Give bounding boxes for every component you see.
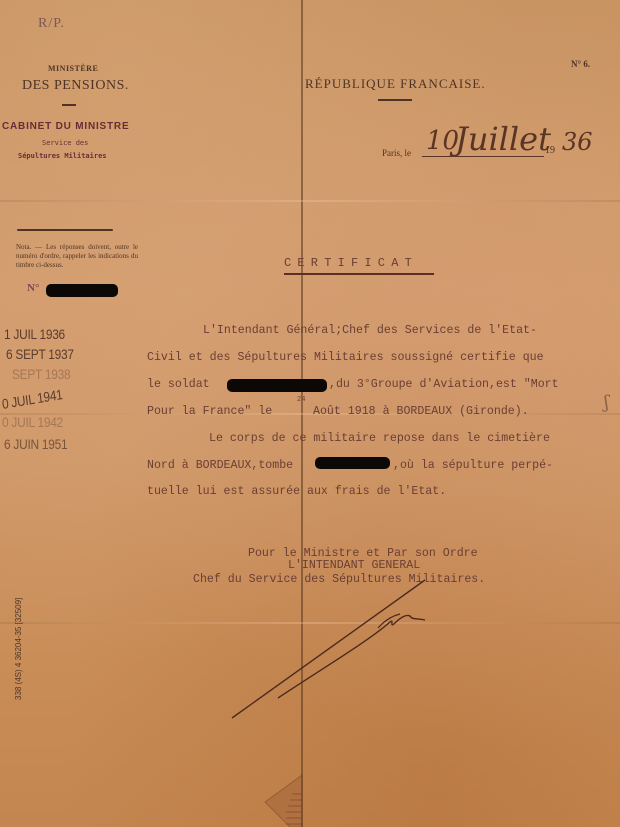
note-text: Nota. — Les réponses doivent, outre le n… xyxy=(16,243,138,270)
pencil-mark: ʃ xyxy=(604,392,609,413)
body-line: Le corps de ce militaire repose dans le … xyxy=(209,432,550,445)
ministry-name: DES PENSIONS. xyxy=(22,78,129,94)
handwritten-year: 36 xyxy=(562,128,593,156)
body-line: Civil et des Sépultures Militaires souss… xyxy=(147,351,544,364)
redacted-reference-number xyxy=(46,284,118,297)
divider-rule xyxy=(17,229,113,231)
office-stamp-line3: Sépultures Militaires xyxy=(18,152,107,160)
date-stamp: 0 JUIL 1941 xyxy=(1,386,63,412)
handwritten-signature xyxy=(220,570,480,730)
date-stamp: 6 JUIN 1951 xyxy=(4,436,67,452)
reference-mark: R/P. xyxy=(38,16,65,32)
body-line: L'Intendant Général;Chef des Services de… xyxy=(203,324,537,337)
document-number: N° 6. xyxy=(571,59,590,69)
year-prefix: 19 xyxy=(545,145,555,156)
body-line: Août 1918 à BORDEAUX (Gironde). xyxy=(313,405,529,418)
torn-corner xyxy=(260,770,310,827)
office-stamp-line2: Service des xyxy=(42,139,88,147)
republic-heading: RÉPUBLIQUE FRANCAISE. xyxy=(305,76,486,92)
date-stamp: 1 JUIL 1936 xyxy=(4,326,65,342)
handwritten-month: Juillet xyxy=(455,120,551,158)
date-stamp: SEPT 1938 xyxy=(12,366,70,382)
header-dash-left xyxy=(62,104,76,106)
printer-reference: 338 (4S) 4 36204-35 [32509] xyxy=(14,598,23,700)
ministry-label: MINISTÈRE xyxy=(48,64,98,73)
date-stamp: 0 JUIL 1942 xyxy=(2,414,63,430)
body-line: le soldat xyxy=(147,378,210,391)
body-line: Pour la France" le xyxy=(147,405,272,418)
date-stamp: 6 SEPT 1937 xyxy=(6,346,74,362)
header-dash-right xyxy=(378,99,412,101)
body-line: Nord à BORDEAUX,tombe xyxy=(147,459,293,472)
certificate-title: CERTIFICAT xyxy=(284,256,418,270)
horizontal-fold-line xyxy=(0,200,620,202)
office-stamp-line1: CABINET DU MINISTRE xyxy=(2,121,129,132)
body-line: ,du 3°Groupe d'Aviation,est "Mort xyxy=(329,378,559,391)
body-line: ,où la sépulture perpé- xyxy=(393,459,553,472)
note-number-prefix: N° xyxy=(27,282,39,294)
handwritten-correction: 24 xyxy=(297,396,305,404)
redacted-soldier-name xyxy=(227,379,327,392)
date-underline xyxy=(422,156,544,157)
body-line: tuelle lui est assurée aux frais de l'Et… xyxy=(147,485,446,498)
redacted-grave-number xyxy=(315,457,390,469)
place-label: Paris, le xyxy=(382,148,411,158)
title-underline xyxy=(284,273,434,275)
certificate-document: R/P. MINISTÈRE DES PENSIONS. CABINET DU … xyxy=(0,0,620,827)
